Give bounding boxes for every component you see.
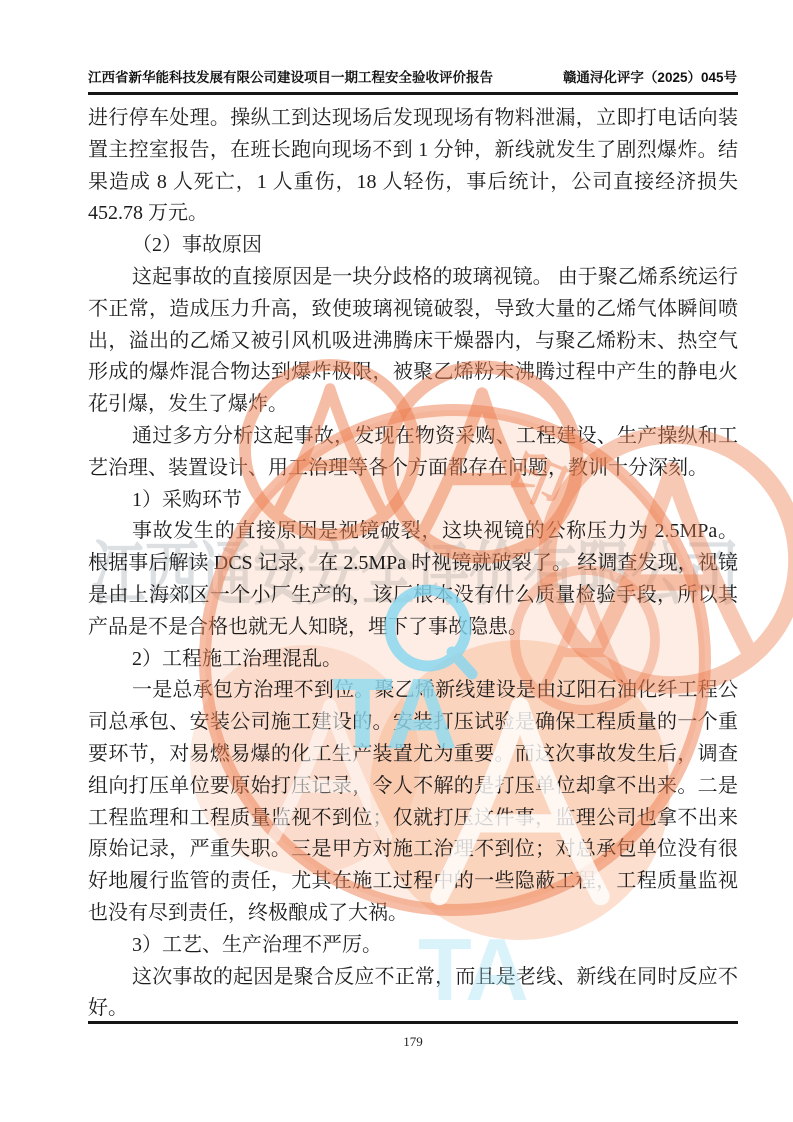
document-number: 赣通浔化评字（2025）045号 xyxy=(563,66,737,86)
footer-divider xyxy=(88,1021,738,1024)
body-paragraph: 通过多方分析这起事故，发现在物资采购、工程建设、生产操纵和工艺治理、装置设计、用… xyxy=(88,421,738,485)
body-paragraph: 1）采购环节 xyxy=(88,485,738,517)
body-paragraph: 这起事故的直接原因是一块分歧格的玻璃视镜。 由于聚乙烯系统运行不正常，造成压力升… xyxy=(88,262,738,421)
body-paragraph: 进行停车处理。操纵工到达现场后发现现场有物料泄漏，立即打电话向装置主控室报告，在… xyxy=(88,103,738,230)
body-text: 进行停车处理。操纵工到达现场后发现现场有物料泄漏，立即打电话向装置主控室报告，在… xyxy=(88,103,738,1025)
body-paragraph: （2）事故原因 xyxy=(88,230,738,262)
body-paragraph: 这次事故的起因是聚合反应不正常，而且是老线、新线在同时反应不好。 xyxy=(88,962,738,1026)
body-paragraph: 事故发生的直接原因是视镜破裂，这块视镜的公称压力为 2.5MPa。根据事后解读 … xyxy=(88,516,738,643)
header-divider xyxy=(88,92,738,95)
report-title: 江西省新华能科技发展有限公司建设项目一期工程安全验收评价报告 xyxy=(88,66,493,86)
body-paragraph: 3）工艺、生产治理不严厉。 xyxy=(88,930,738,962)
page-number: 179 xyxy=(88,1034,738,1050)
page-header: 江西省新华能科技发展有限公司建设项目一期工程安全验收评价报告 赣通浔化评字（20… xyxy=(88,66,737,86)
document-page: 江西通安安全评价有限公司 江西省新华能科技发展有限公司建设项目一期工程安全验收评… xyxy=(0,0,793,1122)
body-paragraph: 一是总承包方治理不到位。聚乙烯新线建设是由辽阳石油化纤工程公司总承包、安装公司施… xyxy=(88,675,738,929)
body-paragraph: 2）工程施工治理混乱。 xyxy=(88,644,738,676)
